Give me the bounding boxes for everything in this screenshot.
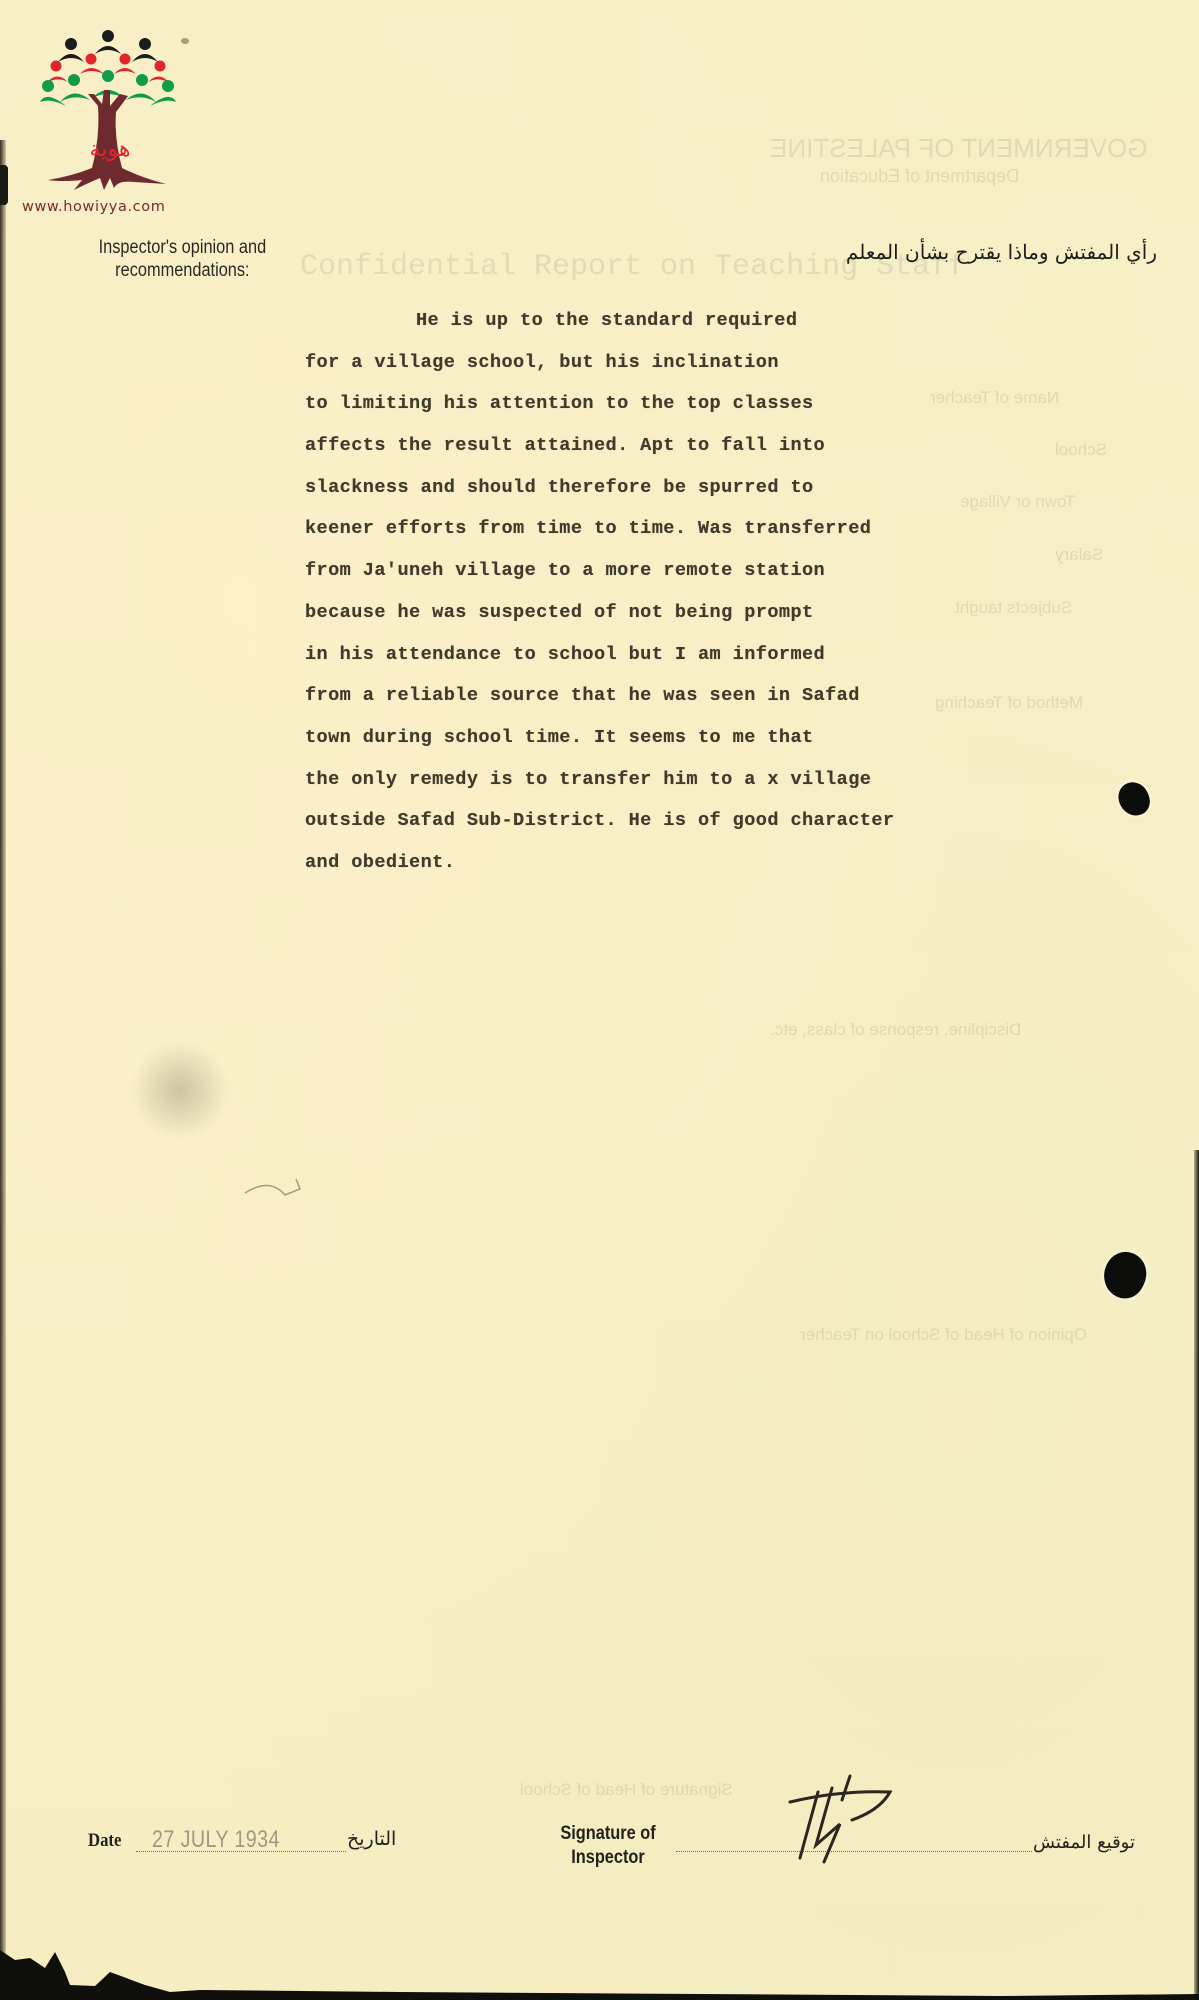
document-page: هوية www.howiyya.com GOVERNMENT OF PALES… (0, 0, 1199, 2000)
typed-line: from Ja'uneh village to a more remote st… (305, 550, 1065, 592)
typed-line: the only remedy is to transfer him to a … (305, 759, 1065, 801)
date-label-ar: التاريخ (347, 1828, 396, 1850)
typed-line: to limiting his attention to the top cla… (305, 383, 1065, 425)
bleed-field-8: Signature of Head of School (520, 1780, 733, 1800)
bleed-header-2: Department of Education (820, 166, 1019, 187)
howiyya-logo-icon: هوية (38, 28, 178, 196)
typed-line: from a reliable source that he was seen … (305, 675, 1065, 717)
typed-line: affects the result attained. Apt to fall… (305, 425, 1065, 467)
punch-hole (1114, 778, 1154, 820)
typed-line: and obedient. (305, 842, 1065, 884)
binding-tab (0, 165, 8, 205)
typed-line: because he was suspected of not being pr… (305, 592, 1065, 634)
typed-line: in his attendance to school but I am inf… (305, 634, 1065, 676)
typed-line: outside Safad Sub-District. He is of goo… (305, 800, 1065, 842)
inspector-opinion-label: Inspector's opinion and recommendations: (62, 236, 303, 282)
page-left-edge-shadow (0, 140, 6, 1990)
bleed-header-1: GOVERNMENT OF PALESTINE (770, 133, 1148, 164)
torn-page-edge (0, 1930, 1199, 2000)
typed-line: He is up to the standard required (305, 300, 1065, 342)
paper-stain (130, 1040, 230, 1140)
signature-label: Signature of Inspector (556, 1822, 659, 1870)
inspector-opinion-label-ar: رأي المفتش وماذا يقترح بشأن المعلم (846, 240, 1157, 264)
watermark-url: www.howiyya.com (22, 199, 165, 215)
typed-line: town during school time. It seems to me … (305, 717, 1065, 759)
bleed-field-7: Opinion of Head of School on Teacher (800, 1325, 1087, 1345)
paper-speck (181, 38, 189, 44)
typed-line: slackness and should therefore be spurre… (305, 467, 1065, 509)
bleed-field-6: Discipline, response of class, etc. (770, 1020, 1021, 1040)
page-right-edge-shadow (1194, 1150, 1199, 2000)
inspector-signature (780, 1770, 900, 1865)
svg-text:هوية: هوية (90, 137, 131, 162)
punch-hole (1096, 1245, 1154, 1304)
pencil-mark (240, 1175, 320, 1205)
date-stamp-value: 27 JULY 1934 (152, 1826, 280, 1854)
typed-opinion-text: He is up to the standard required for a … (305, 300, 1065, 884)
typed-line: for a village school, but his inclinatio… (305, 342, 1065, 384)
date-label: Date (88, 1830, 121, 1852)
signature-label-ar: توقيع المفتش (1033, 1832, 1135, 1853)
typed-line: keener efforts from time to time. Was tr… (305, 508, 1065, 550)
